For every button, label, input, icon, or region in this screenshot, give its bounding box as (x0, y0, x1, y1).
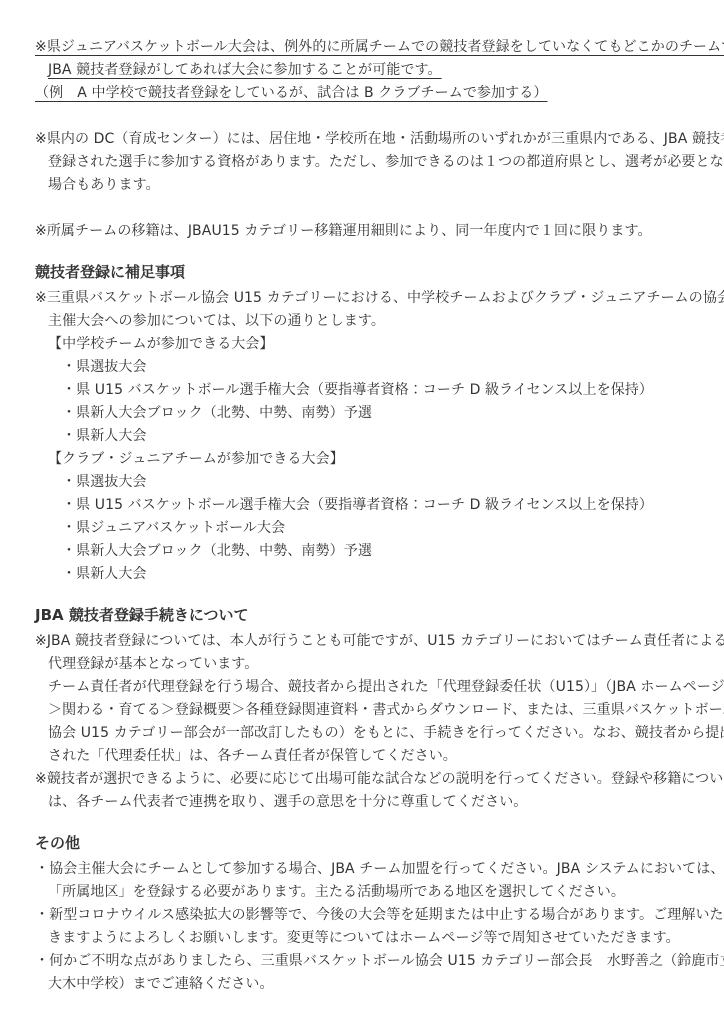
paragraph-line: ・新型コロナウイルス感染拡大の影響等で、今後の大会等を延期または中止する場合があ… (35, 904, 698, 927)
list-group-label: 【中学校チームが参加できる大会】 (35, 333, 698, 356)
paragraph-line: JBA 競技者登録がしてあれば大会に参加することが可能です。 (35, 59, 698, 82)
list-item: ・県新人大会 (35, 425, 698, 448)
other-covid-note: ・新型コロナウイルス感染拡大の影響等で、今後の大会等を延期または中止する場合があ… (35, 904, 698, 950)
paragraph-line: ※所属チームの移籍は、JBAU15 カテゴリー移籍運用細則により、同一年度内で１… (35, 220, 698, 243)
intro-note-dc: ※県内の DC（育成センター）には、居住地・学校所在地・活動場所のいずれかが三重… (35, 128, 698, 197)
junior-high-tournament-list: 【中学校チームが参加できる大会】 ・県選抜大会 ・県 U15 バスケットボール選… (35, 333, 698, 448)
paragraph-line: ＞関わる・育てる＞登録概要＞各種登録関連資料・書式からダウンロード、または、三重… (35, 699, 698, 722)
paragraph-line: ・協会主催大会にチームとして参加する場合、JBA チーム加盟を行ってください。J… (35, 858, 698, 881)
paragraph-line: ※県内の DC（育成センター）には、居住地・学校所在地・活動場所のいずれかが三重… (35, 128, 698, 151)
spacer (35, 105, 698, 128)
paragraph-line: された「代理委任状」は、各チーム責任者が保管してください。 (35, 745, 698, 768)
intro-note-exception: ※県ジュニアバスケットボール大会は、例外的に所属チームでの競技者登録をしていなく… (35, 36, 698, 105)
list-item: ・県 U15 バスケットボール選手権大会（要指導者資格：コーチ D 級ライセンス… (35, 379, 698, 402)
paragraph-line: チーム責任者が代理登録を行う場合、競技者から提出された「代理登録委任状（U15）… (35, 676, 698, 699)
paragraph-line: ※県ジュニアバスケットボール大会は、例外的に所属チームでの競技者登録をしていなく… (35, 36, 698, 59)
paragraph-line: きますようによろしくお願いします。変更等についてはホームページ等で周知させていた… (35, 927, 698, 950)
registration-proxy-note: ※JBA 競技者登録については、本人が行うことも可能ですが、U15 カテゴリーに… (35, 630, 698, 676)
list-item: ・県新人大会ブロック（北勢、中勢、南勢）予選 (35, 540, 698, 563)
paragraph-line: ※競技者が選択できるように、必要に応じて出場可能な試合などの説明を行ってください… (35, 768, 698, 791)
list-item: ・県選抜大会 (35, 471, 698, 494)
list-item: ・県新人大会 (35, 563, 698, 586)
club-junior-tournament-list: 【クラブ・ジュニアチームが参加できる大会】 ・県選抜大会 ・県 U15 バスケッ… (35, 448, 698, 586)
other-contact-note: ・何かご不明な点がありましたら、三重県バスケットボール協会 U15 カテゴリー部… (35, 950, 698, 996)
section-heading-other: その他 (35, 831, 698, 856)
section-heading-registration: JBA 競技者登録手続きについて (35, 603, 698, 628)
other-team-affiliation-note: ・協会主催大会にチームとして参加する場合、JBA チーム加盟を行ってください。J… (35, 858, 698, 904)
paragraph-line: ※三重県バスケットボール協会 U15 カテゴリーにおける、中学校チームおよびクラ… (35, 287, 698, 310)
list-item: ・県ジュニアバスケットボール大会 (35, 517, 698, 540)
paragraph-line: 「所属地区」を登録する必要があります。主たる活動場所である地区を選択してください… (35, 881, 698, 904)
paragraph-line: は、各チーム代表者で連携を取り、選手の意思を十分に尊重してください。 (35, 791, 698, 814)
list-item: ・県選抜大会 (35, 356, 698, 379)
section-heading-supplement: 競技者登録に補足事項 (35, 260, 698, 285)
paragraph-line: 大木中学校）までご連絡ください。 (35, 973, 698, 996)
paragraph-line: ・何かご不明な点がありましたら、三重県バスケットボール協会 U15 カテゴリー部… (35, 950, 698, 973)
list-group-label: 【クラブ・ジュニアチームが参加できる大会】 (35, 448, 698, 471)
list-item: ・県 U15 バスケットボール選手権大会（要指導者資格：コーチ D 級ライセンス… (35, 494, 698, 517)
paragraph-line: （例 A 中学校で競技者登録をしているが、試合は B クラブチームで参加する） (35, 82, 698, 105)
list-item: ・県新人大会ブロック（北勢、中勢、南勢）予選 (35, 402, 698, 425)
paragraph-line: 主催大会への参加については、以下の通りとします。 (35, 310, 698, 333)
intro-note-transfer: ※所属チームの移籍は、JBAU15 カテゴリー移籍運用細則により、同一年度内で１… (35, 220, 698, 243)
document-page: ※県ジュニアバスケットボール大会は、例外的に所属チームでの競技者登録をしていなく… (0, 0, 724, 1024)
supplement-intro: ※三重県バスケットボール協会 U15 カテゴリーにおける、中学校チームおよびクラ… (35, 287, 698, 333)
paragraph-line: 代理登録が基本となっています。 (35, 653, 698, 676)
registration-player-choice-note: ※競技者が選択できるように、必要に応じて出場可能な試合などの説明を行ってください… (35, 768, 698, 814)
spacer (35, 197, 698, 220)
registration-procedure-detail: チーム責任者が代理登録を行う場合、競技者から提出された「代理登録委任状（U15）… (35, 676, 698, 768)
paragraph-line: 協会 U15 カテゴリー部会が一部改訂したもの）をもとに、手続きを行ってください… (35, 722, 698, 745)
paragraph-line: ※JBA 競技者登録については、本人が行うことも可能ですが、U15 カテゴリーに… (35, 630, 698, 653)
paragraph-line: 場合もあります。 (35, 174, 698, 197)
paragraph-line: 登録された選手に参加する資格があります。ただし、参加できるのは１つの都道府県とし… (35, 151, 698, 174)
